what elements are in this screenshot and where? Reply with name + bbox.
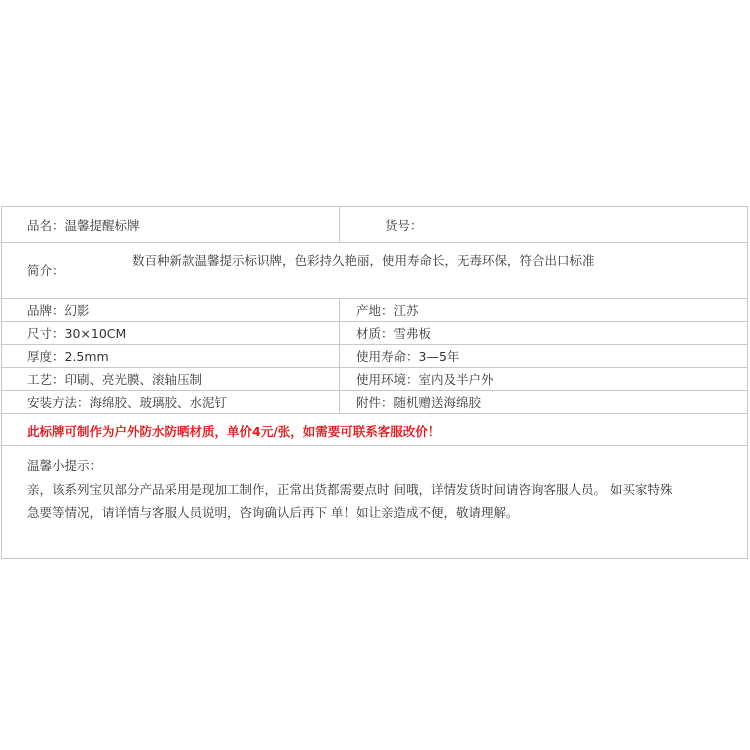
- spec-material: 材质：雪弗板: [340, 322, 747, 344]
- spec-environment: 使用环境：室内及半户外: [340, 368, 747, 390]
- product-info-table: 品名：温馨提醒标牌 货号： 简介： 数百种新款温馨提示标识牌，色彩持久艳丽，使用…: [1, 206, 748, 559]
- spec-accessory: 附件：随机赠送海绵胶: [340, 391, 747, 413]
- spec-brand: 品牌：幻影: [2, 299, 340, 321]
- price-prefix: 此标牌可制作为户外防水防晒材质，单价: [27, 424, 252, 439]
- header-row: 品名：温馨提醒标牌 货号：: [2, 207, 747, 243]
- intro-row: 简介： 数百种新款温馨提示标识牌，色彩持久艳丽，使用寿命长，无毒环保，符合出口标…: [2, 243, 747, 299]
- spec-row: 厚度：2.5mm 使用寿命：3—5年: [2, 345, 747, 368]
- product-name: 品名：温馨提醒标牌: [2, 207, 340, 242]
- spec-row: 尺寸：30×10CM 材质：雪弗板: [2, 322, 747, 345]
- intro-text: 数百种新款温馨提示标识牌，色彩持久艳丽，使用寿命长，无毒环保，符合出口标准: [132, 251, 595, 269]
- intro-label: 简介：: [27, 261, 65, 279]
- price-row: 此标牌可制作为户外防水防晒材质，单价4元/张，如需要可联系客服改价！: [2, 414, 747, 446]
- tips-title: 温馨小提示：: [27, 454, 672, 478]
- spec-row: 品牌：幻影 产地：江苏: [2, 299, 747, 322]
- tips-line-2: 急要等情况，请详情与客服人员说明，咨询确认后再下 单！如让亲造成不便，敬请理解。: [27, 501, 672, 525]
- spec-thickness: 厚度：2.5mm: [2, 345, 340, 367]
- sku-number: 货号：: [340, 207, 747, 242]
- spec-row: 工艺：印刷、亮光膜、滚轴压制 使用环境：室内及半户外: [2, 368, 747, 391]
- spec-install: 安装方法：海绵胶、玻璃胶、水泥钉: [2, 391, 340, 413]
- tips-row: 温馨小提示： 亲，该系列宝贝部分产品采用是现加工制作，正常出货都需要点时 间哦，…: [2, 446, 747, 558]
- unit-price: 4元/张: [252, 424, 290, 439]
- tips-block: 温馨小提示： 亲，该系列宝贝部分产品采用是现加工制作，正常出货都需要点时 间哦，…: [27, 454, 672, 525]
- price-notice: 此标牌可制作为户外防水防晒材质，单价4元/张，如需要可联系客服改价！: [27, 422, 440, 440]
- spec-row: 安装方法：海绵胶、玻璃胶、水泥钉 附件：随机赠送海绵胶: [2, 391, 747, 414]
- spec-origin: 产地：江苏: [340, 299, 747, 321]
- spec-size: 尺寸：30×10CM: [2, 322, 340, 344]
- spec-craft: 工艺：印刷、亮光膜、滚轴压制: [2, 368, 340, 390]
- tips-line-1: 亲，该系列宝贝部分产品采用是现加工制作，正常出货都需要点时 间哦，详情发货时间请…: [27, 478, 672, 502]
- price-suffix: ，如需要可联系客服改价！: [290, 424, 440, 439]
- spec-lifespan: 使用寿命：3—5年: [340, 345, 747, 367]
